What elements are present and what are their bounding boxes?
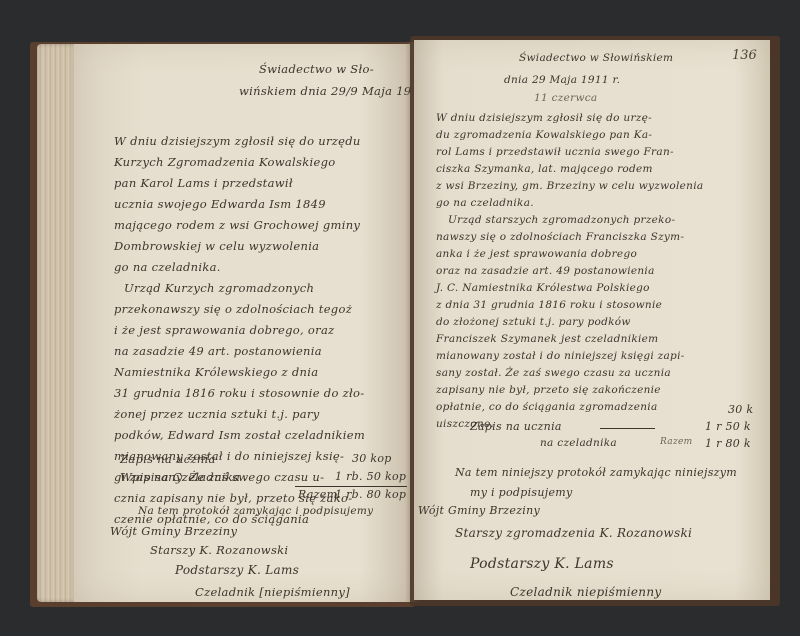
left-fee-amount-1: 30 kop <box>352 452 392 465</box>
left-body-line: przekonawszy się o zdolnościach tegoż <box>114 302 352 316</box>
right-signature-czeladnik: Czeladnik niepiśmienny <box>510 585 661 599</box>
right-body-line: nawszy się o zdolnościach Franciszka Szy… <box>436 231 684 243</box>
right-closing-line-2: my i podpisujemy <box>470 486 573 499</box>
left-body-line: W dniu dzisiejszym zgłosił się do urzędu <box>114 134 361 148</box>
left-body-line: pan Karol Lams i przedstawił <box>114 176 293 190</box>
left-body-line: Dombrowskiej w celu wyzwolenia <box>114 239 319 253</box>
left-signature-wojt: Wójt Gminy Brzeziny <box>110 524 237 538</box>
right-body-line: rol Lams i przedstawił ucznia swego Fran… <box>436 146 674 158</box>
right-closing-line-1: Na tem niniejszy protokół zamykając nini… <box>455 466 737 479</box>
right-body-line: z dnia 31 grudnia 1816 roku i stosownie <box>436 299 662 311</box>
left-body-line: na zasadzie 49 art. postanowienia <box>114 344 322 358</box>
left-signature-podstarszy: Podstarszy K. Lams <box>175 563 299 577</box>
left-fee-amount-2: 1 rb. 50 kop <box>335 470 406 483</box>
right-fee-dash-1 <box>600 428 655 429</box>
right-fee-label-1: Zapis na ucznia <box>470 420 562 433</box>
left-heading-line-2: wińskiem dnia 29/9 Maja 1914 <box>239 84 427 98</box>
right-fee-amount-1: 30 k <box>728 403 753 416</box>
left-fee-total-rule <box>295 486 407 487</box>
right-body-line: anka i że jest sprawowania dobrego <box>436 248 637 260</box>
right-body-line: ciszka Szymanka, lat. mającego rodem <box>436 163 653 175</box>
right-heading-line-2: dnia 29 Maja 1911 r. <box>504 74 620 86</box>
right-body-line: W dniu dzisiejszym zgłosił się do urzę- <box>436 112 652 124</box>
left-body-line: Kurzych Zgromadzenia Kowalskiego <box>114 155 335 169</box>
left-fee-label-2: Wpis na Czeladnika <box>120 470 240 484</box>
left-page: Świadectwo w Sło- wińskiem dnia 29/9 Maj… <box>74 44 410 602</box>
right-heading-line-3: 11 czerwca <box>534 92 597 104</box>
page-number: 136 <box>732 48 757 63</box>
left-body-line: Urząd Kurzych zgromadzonych <box>124 281 314 295</box>
right-fee-amount-total: 1 r 80 k <box>705 437 751 450</box>
right-signature-podstarszy: Podstarszy K. Lams <box>470 556 614 572</box>
right-body-line: opłatnie, co do ściągania zgromadzenia <box>436 401 658 413</box>
left-fee-label-1: Zapis na ucznia <box>120 452 216 466</box>
right-body-line: sany został. Że zaś swego czasu za uczni… <box>436 367 671 379</box>
left-body-line: ucznia swojego Edwarda Ism 1849 <box>114 197 326 211</box>
right-body-line: go na czeladnika. <box>436 197 534 209</box>
right-body-line: mianowany został i do niniejszej księgi … <box>436 350 685 362</box>
left-body-line: 31 grudnia 1816 roku i stosownie do zło- <box>114 386 364 400</box>
left-fee-label-total: Razem <box>298 488 337 501</box>
right-body-line: Franciszek Szymanek jest czeladnikiem <box>436 333 658 345</box>
right-body-line: zapisany nie był, przeto się zakończenie <box>436 384 661 396</box>
left-body-line: podków, Edward Ism został czeladnikiem <box>114 428 365 442</box>
left-body-line: żonej przez ucznia sztuki t.j. pary <box>114 407 320 421</box>
right-fee-amount-2: 1 r 50 k <box>705 420 751 433</box>
left-body-line: Namiestnika Królewskiego z dnia <box>114 365 318 379</box>
left-signature-czeladnik: Czeladnik [niepiśmienny] <box>195 585 350 599</box>
left-fee-amount-total: 1 rb. 80 kop <box>335 488 406 501</box>
left-heading-line-1: Świadectwo w Sło- <box>259 62 374 76</box>
left-body-line: go na czeladnika. <box>114 260 221 274</box>
right-body-line: do złożonej sztuki t.j. pary podków <box>436 316 631 328</box>
right-signature-starszy: Starszy zgromadzenia K. Rozanowski <box>455 526 692 540</box>
right-body-line: J. C. Namiestnika Królestwa Polskiego <box>436 282 650 294</box>
left-body-line: i że jest sprawowania dobrego, oraz <box>114 323 334 337</box>
right-fee-label-2: na czeladnika <box>540 437 617 449</box>
right-heading-line-1: Świadectwo w Słowińskiem <box>519 52 673 64</box>
left-signature-starszy: Starszy K. Rozanowski <box>150 543 288 557</box>
page-edges-stack <box>37 44 75 602</box>
open-ledger-book: Świadectwo w Sło- wińskiem dnia 29/9 Maj… <box>0 0 800 636</box>
right-fee-label-total: Razem <box>660 437 692 447</box>
right-body-line: Urząd starszych zgromadzonych przeko- <box>448 214 675 226</box>
left-body-line: mającego rodem z wsi Grochowej gminy <box>114 218 360 232</box>
left-closing-line: Na tem protokół zamykając i podpisujemy <box>138 505 373 517</box>
right-body-line: du zgromadzenia Kowalskiego pan Ka- <box>436 129 652 141</box>
right-body-line: oraz na zasadzie art. 49 postanowienia <box>436 265 655 277</box>
right-signature-wojt: Wójt Gminy Brzeziny <box>418 504 540 517</box>
right-body-line: z wsi Brzeziny, gm. Brzeziny w celu wyzw… <box>436 180 703 192</box>
